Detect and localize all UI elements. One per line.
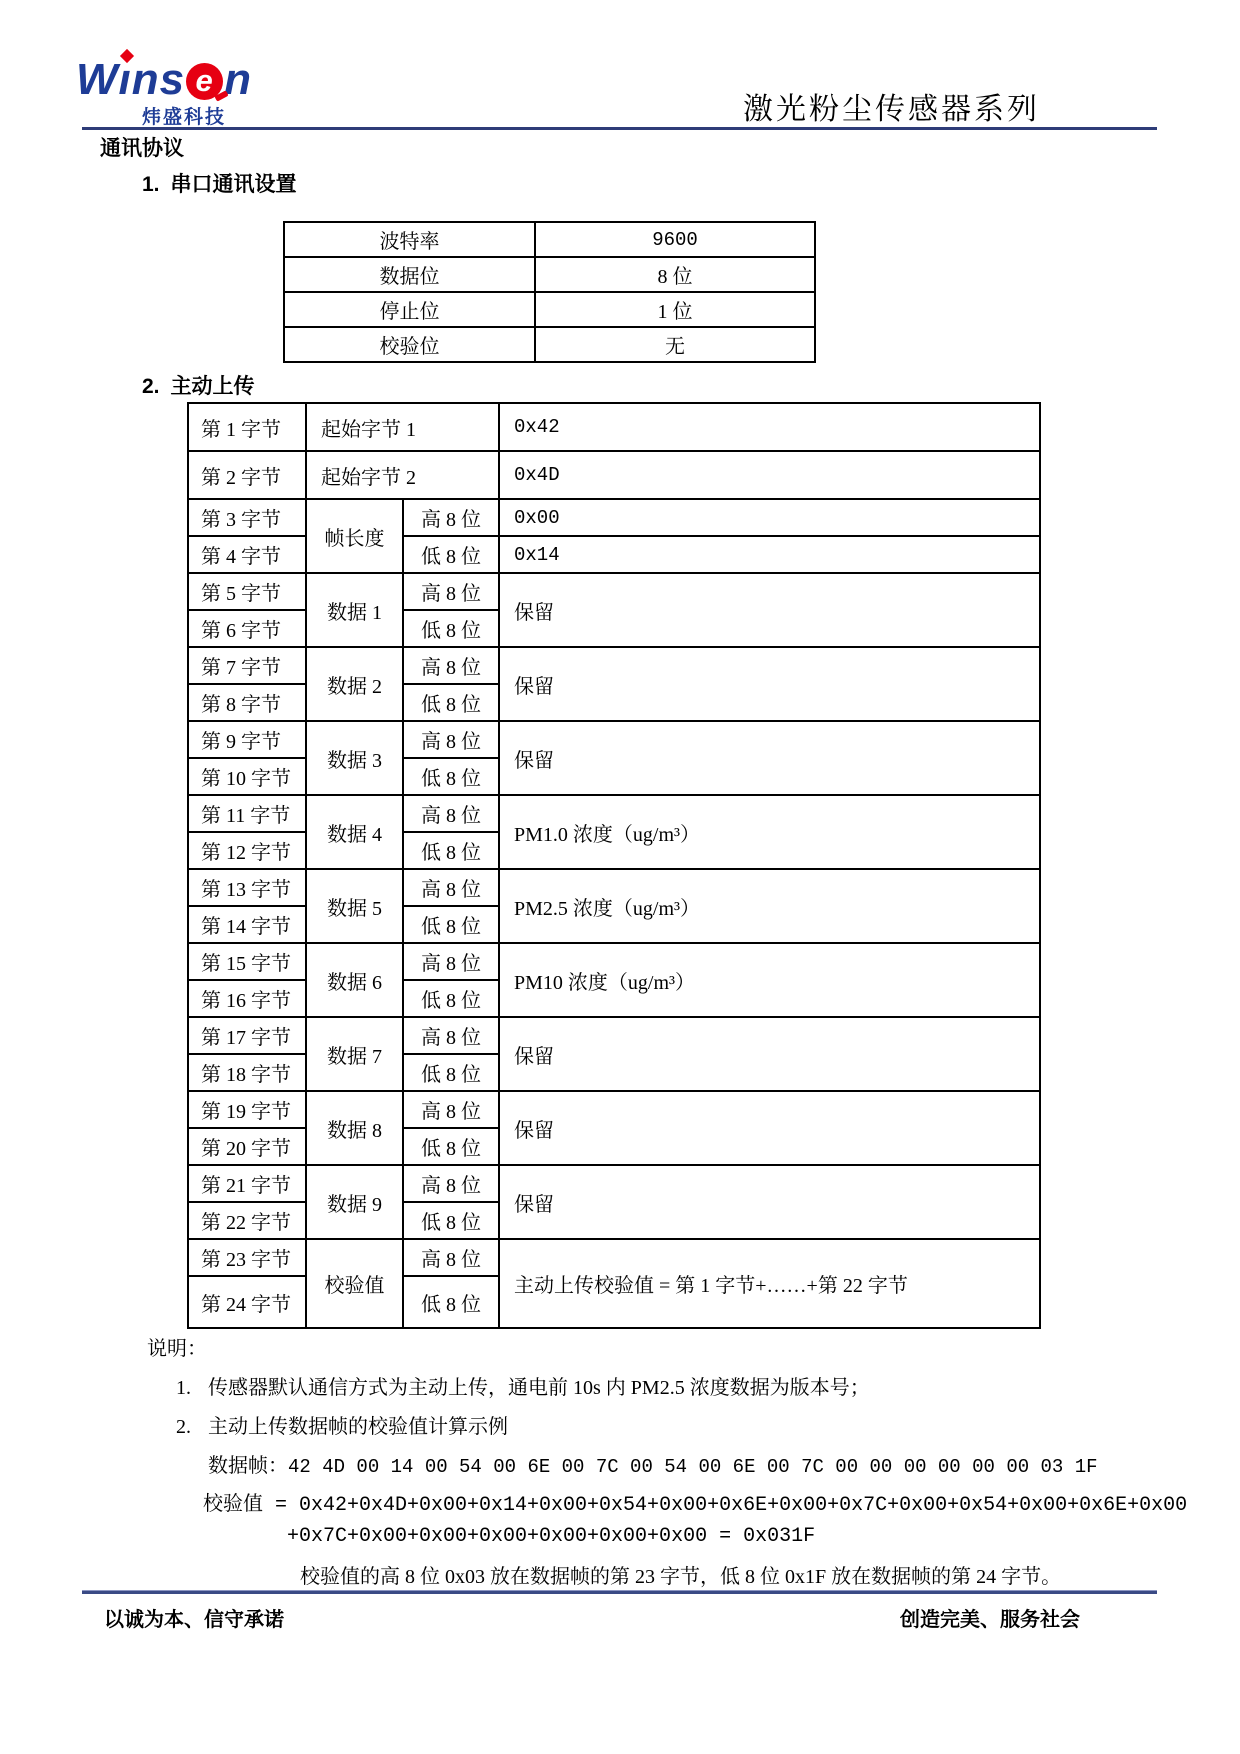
byte-cell: 第 17 字节 [188,1017,306,1054]
note-item: 2.主动上传数据帧的校验值计算示例 [176,1410,508,1439]
active-upload-frame-table: 第 1 字节 起始字节 1 0x42 第 2 字节 起始字节 2 0x4D 第 … [187,402,1041,1329]
logo-subtitle: 炜盛科技 [142,102,226,129]
value-cell: 保留 [499,1165,1040,1239]
bit-cell: 高 8 位 [403,1017,499,1054]
setting-label: 波特率 [284,222,535,257]
byte-cell: 第 23 字节 [188,1239,306,1276]
byte-cell: 第 16 字节 [188,980,306,1017]
table-row: 第 21 字节 数据 9 高 8 位 保留 [188,1165,1040,1202]
section1-number: 1. [142,173,160,196]
note-number: 2. [176,1416,208,1439]
byte-cell: 第 5 字节 [188,573,306,610]
table-row: 停止位 1 位 [284,292,815,327]
field-name-cell: 数据 3 [306,721,403,795]
table-row: 第 11 字节 数据 4 高 8 位 PM1.0 浓度（ug/m³） [188,795,1040,832]
setting-value: 1 位 [535,292,815,327]
bit-cell: 低 8 位 [403,906,499,943]
document-page: Wınsen 炜盛科技 激光粉尘传感器系列 通讯协议 1.串口通讯设置 波特率 … [0,0,1240,1754]
byte-cell: 第 8 字节 [188,684,306,721]
field-name-cell: 校验值 [306,1239,403,1328]
field-name-cell: 数据 1 [306,573,403,647]
byte-cell: 第 21 字节 [188,1165,306,1202]
field-name-cell: 帧长度 [306,499,403,573]
bit-cell: 低 8 位 [403,1128,499,1165]
value-cell: 保留 [499,1017,1040,1091]
serial-settings-table: 波特率 9600 数据位 8 位 停止位 1 位 校验位 无 [283,221,816,363]
logo-letter: ns [132,55,185,104]
bit-cell: 高 8 位 [403,795,499,832]
table-row: 第 19 字节 数据 8 高 8 位 保留 [188,1091,1040,1128]
footer-motto-right: 创造完美、服务社会 [900,1603,1080,1632]
value-cell: 保留 [499,647,1040,721]
setting-value: 8 位 [535,257,815,292]
bit-cell: 低 8 位 [403,684,499,721]
checksum-line-3: 校验值的高 8 位 0x03 放在数据帧的第 23 字节，低 8 位 0x1F … [300,1560,1061,1589]
bit-cell: 高 8 位 [403,721,499,758]
setting-label: 校验位 [284,327,535,362]
table-row: 第 2 字节 起始字节 2 0x4D [188,451,1040,499]
value-cell: 保留 [499,721,1040,795]
byte-cell: 第 2 字节 [188,451,306,499]
byte-cell: 第 24 字节 [188,1276,306,1328]
byte-cell: 第 9 字节 [188,721,306,758]
logo-letter-i: ı [119,58,132,102]
value-cell: 主动上传校验值 = 第 1 字节+……+第 22 字节 [499,1239,1040,1328]
byte-cell: 第 15 字节 [188,943,306,980]
byte-cell: 第 3 字节 [188,499,306,536]
bit-cell: 低 8 位 [403,980,499,1017]
byte-cell: 第 10 字节 [188,758,306,795]
checksum-line-2: +0x7C+0x00+0x00+0x00+0x00+0x00+0x00 = 0x… [287,1525,815,1548]
value-cell: 保留 [499,573,1040,647]
footer-divider [82,1590,1157,1594]
byte-cell: 第 14 字节 [188,906,306,943]
bit-cell: 低 8 位 [403,536,499,573]
note-item: 1.传感器默认通信方式为主动上传，通电前 10s 内 PM2.5 浓度数据为版本… [176,1371,870,1400]
logo-letter: n [224,55,252,104]
bit-cell: 高 8 位 [403,647,499,684]
note-number: 1. [176,1377,208,1400]
byte-cell: 第 11 字节 [188,795,306,832]
byte-cell: 第 20 字节 [188,1128,306,1165]
value-cell: PM2.5 浓度（ug/m³） [499,869,1040,943]
bit-cell: 高 8 位 [403,943,499,980]
field-name-cell: 数据 7 [306,1017,403,1091]
table-row: 第 13 字节 数据 5 高 8 位 PM2.5 浓度（ug/m³） [188,869,1040,906]
table-row: 第 1 字节 起始字节 1 0x42 [188,403,1040,451]
value-cell: PM10 浓度（ug/m³） [499,943,1040,1017]
note-text: 主动上传数据帧的校验值计算示例 [208,1416,508,1438]
field-name-cell: 数据 8 [306,1091,403,1165]
table-row: 波特率 9600 [284,222,815,257]
bit-cell: 低 8 位 [403,1202,499,1239]
data-frame-bytes: 42 4D 00 14 00 54 00 6E 00 7C 00 54 00 6… [288,1456,1098,1478]
logo-e-mark-icon: e [186,63,223,100]
setting-label: 停止位 [284,292,535,327]
byte-cell: 第 18 字节 [188,1054,306,1091]
section1-heading: 1.串口通讯设置 [142,168,297,198]
bit-cell: 高 8 位 [403,573,499,610]
byte-cell: 第 12 字节 [188,832,306,869]
section2-title: 主动上传 [171,375,255,398]
bit-cell: 高 8 位 [403,1091,499,1128]
value-cell: PM1.0 浓度（ug/m³） [499,795,1040,869]
setting-label: 数据位 [284,257,535,292]
footer-motto-left: 以诚为本、信守承诺 [104,1603,284,1632]
byte-cell: 第 7 字节 [188,647,306,684]
field-name-cell: 数据 4 [306,795,403,869]
table-row: 第 15 字节 数据 6 高 8 位 PM10 浓度（ug/m³） [188,943,1040,980]
byte-cell: 第 6 字节 [188,610,306,647]
value-cell: 0x00 [499,499,1040,536]
header-divider [82,127,1157,130]
checksum-line-1: 校验值 = 0x42+0x4D+0x00+0x14+0x00+0x54+0x00… [203,1487,1187,1517]
field-name-cell: 起始字节 1 [306,403,499,451]
bit-cell: 高 8 位 [403,499,499,536]
value-cell: 0x42 [499,403,1040,451]
table-row: 第 5 字节 数据 1 高 8 位 保留 [188,573,1040,610]
winsen-logo: Wınsen [76,58,252,103]
field-name-cell: 起始字节 2 [306,451,499,499]
bit-cell: 低 8 位 [403,758,499,795]
bit-cell: 低 8 位 [403,832,499,869]
byte-cell: 第 4 字节 [188,536,306,573]
notes-label: 说明： [147,1332,207,1361]
table-row: 数据位 8 位 [284,257,815,292]
field-name-cell: 数据 5 [306,869,403,943]
setting-value: 9600 [535,222,815,257]
page-heading: 通讯协议 [100,132,184,162]
bit-cell: 低 8 位 [403,610,499,647]
field-name-cell: 数据 6 [306,943,403,1017]
bit-cell: 高 8 位 [403,1239,499,1276]
note-text: 传感器默认通信方式为主动上传，通电前 10s 内 PM2.5 浓度数据为版本号； [208,1377,870,1399]
byte-cell: 第 19 字节 [188,1091,306,1128]
byte-cell: 第 1 字节 [188,403,306,451]
field-name-cell: 数据 9 [306,1165,403,1239]
data-frame-line: 数据帧：42 4D 00 14 00 54 00 6E 00 7C 00 54 … [208,1449,1098,1478]
data-frame-label: 数据帧： [208,1455,288,1477]
value-cell: 保留 [499,1091,1040,1165]
logo-letter: W [76,55,119,104]
section2-number: 2. [142,375,160,398]
field-name-cell: 数据 2 [306,647,403,721]
document-series-title: 激光粉尘传感器系列 [743,84,1040,128]
bit-cell: 高 8 位 [403,1165,499,1202]
table-row: 第 23 字节 校验值 高 8 位 主动上传校验值 = 第 1 字节+……+第 … [188,1239,1040,1276]
value-cell: 0x4D [499,451,1040,499]
table-row: 校验位 无 [284,327,815,362]
byte-cell: 第 13 字节 [188,869,306,906]
section1-title: 串口通讯设置 [171,173,297,196]
table-row: 第 7 字节 数据 2 高 8 位 保留 [188,647,1040,684]
bit-cell: 低 8 位 [403,1276,499,1328]
table-row: 第 3 字节 帧长度 高 8 位 0x00 [188,499,1040,536]
setting-value: 无 [535,327,815,362]
value-cell: 0x14 [499,536,1040,573]
table-row: 第 9 字节 数据 3 高 8 位 保留 [188,721,1040,758]
bit-cell: 高 8 位 [403,869,499,906]
section2-heading: 2.主动上传 [142,370,255,400]
byte-cell: 第 22 字节 [188,1202,306,1239]
bit-cell: 低 8 位 [403,1054,499,1091]
table-row: 第 17 字节 数据 7 高 8 位 保留 [188,1017,1040,1054]
